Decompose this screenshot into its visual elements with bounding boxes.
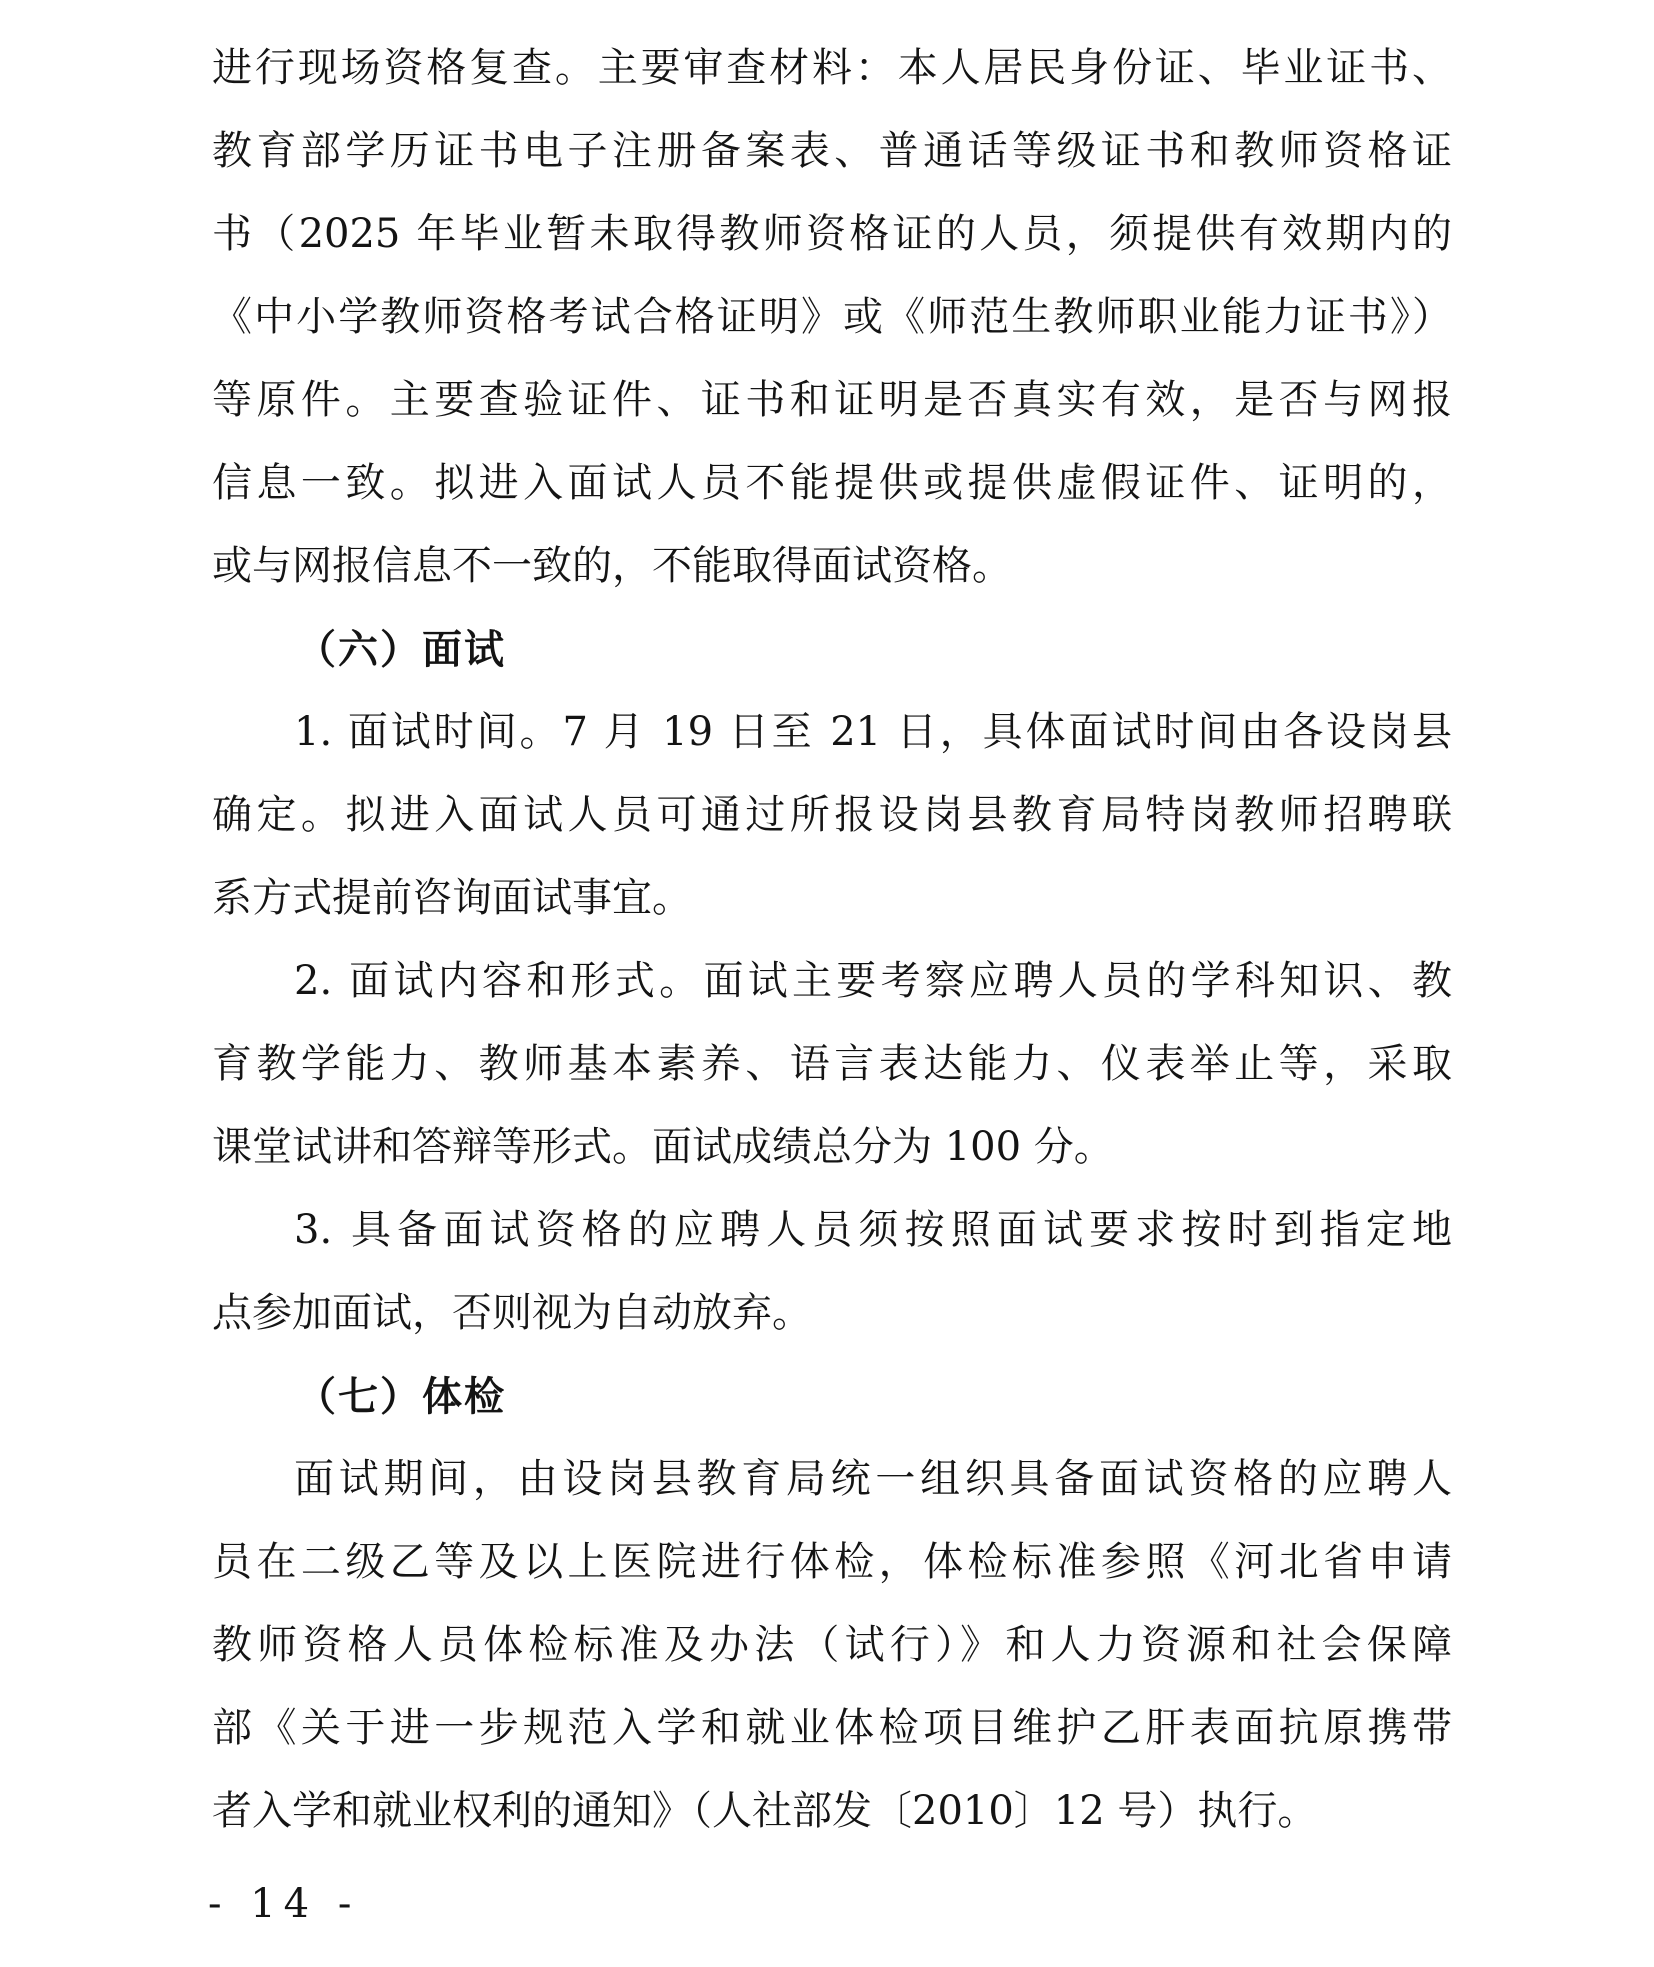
- text-line: 员在二级乙等及以上医院进行体检，体检标准参照《河北省申请: [212, 1521, 1452, 1604]
- text-line: 确定。拟进入面试人员可通过所报设岗县教育局特岗教师招聘联: [212, 774, 1452, 857]
- text-line: 者入学和就业权利的通知》（人社部发〔2010〕12 号）执行。: [212, 1770, 1452, 1853]
- text-line: 教师资格人员体检标准及办法（试行）》和人力资源和社会保障: [212, 1604, 1452, 1687]
- text-line: 等原件。主要查验证件、证书和证明是否真实有效，是否与网报: [212, 359, 1452, 442]
- text-line: 教育部学历证书电子注册备案表、普通话等级证书和教师资格证: [212, 110, 1452, 193]
- text-line: 1. 面试时间。7 月 19 日至 21 日，具体面试时间由各设岗县: [212, 691, 1452, 774]
- text-line: 课堂试讲和答辩等形式。面试成绩总分为 100 分。: [212, 1106, 1452, 1189]
- text-line: 3. 具备面试资格的应聘人员须按照面试要求按时到指定地: [212, 1189, 1452, 1272]
- text-line: 育教学能力、教师基本素养、语言表达能力、仪表举止等，采取: [212, 1023, 1452, 1106]
- document-page: 进行现场资格复查。主要审查材料：本人居民身份证、毕业证书、教育部学历证书电子注册…: [0, 0, 1654, 1967]
- text-line: 系方式提前咨询面试事宜。: [212, 857, 1452, 940]
- document-body: 进行现场资格复查。主要审查材料：本人居民身份证、毕业证书、教育部学历证书电子注册…: [212, 27, 1452, 1853]
- section-heading: （七）体检: [212, 1355, 1452, 1438]
- text-line: 《中小学教师资格考试合格证明》或《师范生教师职业能力证书》）: [212, 276, 1452, 359]
- text-line: 进行现场资格复查。主要审查材料：本人居民身份证、毕业证书、: [212, 27, 1452, 110]
- text-line: 部《关于进一步规范入学和就业体检项目维护乙肝表面抗原携带: [212, 1687, 1452, 1770]
- text-line: 2. 面试内容和形式。面试主要考察应聘人员的学科知识、教: [212, 940, 1452, 1023]
- text-line: 面试期间，由设岗县教育局统一组织具备面试资格的应聘人: [212, 1438, 1452, 1521]
- text-line: 书（2025 年毕业暂未取得教师资格证的人员，须提供有效期内的: [212, 193, 1452, 276]
- text-line: 或与网报信息不一致的，不能取得面试资格。: [212, 525, 1452, 608]
- page-number: - 14 -: [208, 1878, 359, 1930]
- text-line: 点参加面试，否则视为自动放弃。: [212, 1272, 1452, 1355]
- text-line: 信息一致。拟进入面试人员不能提供或提供虚假证件、证明的，: [212, 442, 1452, 525]
- section-heading: （六）面试: [212, 608, 1452, 691]
